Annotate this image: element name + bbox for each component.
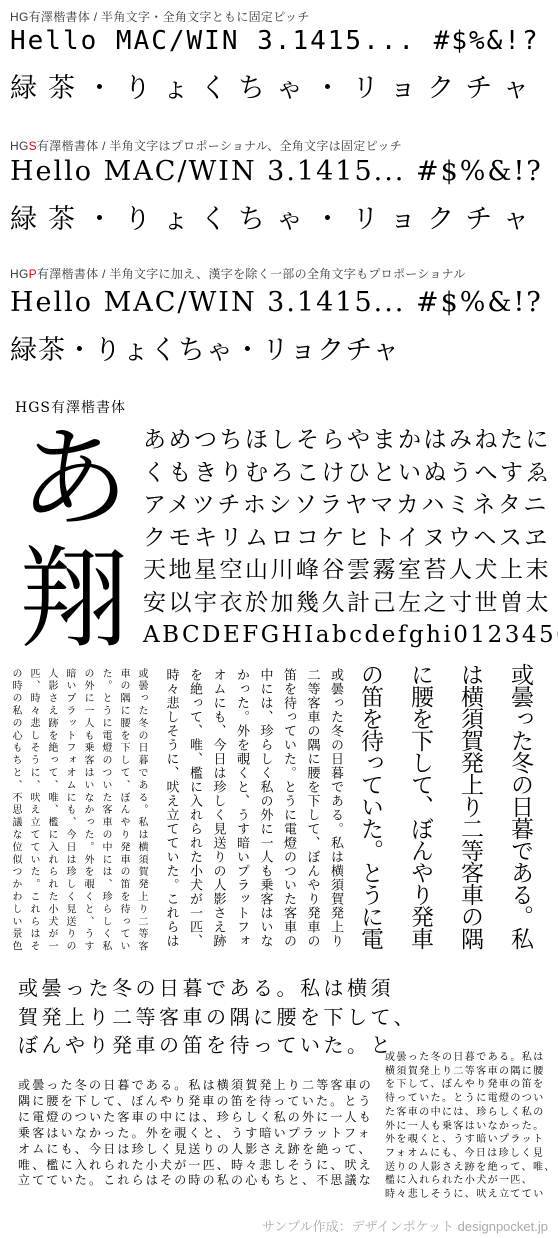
specimen-label: HGS有澤楷書体 — [15, 397, 126, 417]
vertical-text-column: に腰を下して、ぼんやり発車 — [395, 663, 445, 958]
pitch-description: 半角文字・全角文字ともに固定ピッチ — [101, 10, 310, 24]
vertical-text-column: 或曇った冬の日暮である。私 — [495, 663, 545, 958]
vertical-text-column: 匹、時々悲しそうに、吠え立てていた。これらはそ — [24, 668, 42, 960]
specimen-line: あめつちほしそらやまかはみねたに — [143, 424, 558, 457]
red-letter: S — [29, 139, 37, 153]
footer-credit: サンプル作成：デザインポケット designpocket.jp — [262, 1216, 548, 1235]
horizontal-sample-small: 或曇った冬の日暮である。私は横須賀発上り二等客車の隅に腰を下して、ぼんやり発車の… — [18, 1078, 373, 1189]
text-line: 或曇った冬の日暮である。私は横須賀発上り二等客車の — [18, 1078, 373, 1094]
font-specimen-page: HG有澤楷書体 / 半角文字・全角文字ともに固定ピッチ Hello MAC/WI… — [0, 0, 558, 1238]
text-line: 賀発上り二等客車の隅に腰を下して、 — [18, 1003, 417, 1032]
vertical-text-column: を絶って、唯、檻に入れられた小犬が一匹、 — [183, 668, 207, 956]
font-family-prefix: HG — [10, 10, 29, 24]
kana-sample-hgp: 緑茶・りょくちゃ・リョクチャ — [10, 328, 400, 367]
font-row-header-hgs: HGS有澤楷書体 / 半角文字はプロポーショナル、全角文字は固定ピッチ — [10, 137, 402, 154]
header-separator: / — [90, 10, 101, 24]
red-letter: P — [29, 267, 37, 281]
text-line: を下して、ぼんやり発車の笛を — [385, 1078, 556, 1092]
specimen-line: くもきりむろこけひといぬうへすゑ — [143, 457, 558, 490]
vertical-text-column: の笛を待っていた。とうに電 — [345, 663, 395, 958]
specimen-line: アメツチホシソラヤマカハミネタニ — [143, 489, 558, 522]
kana-sample-hgs: 緑茶・りょくちゃ・リョクチャ — [10, 197, 540, 236]
font-family-suffix: 有澤楷書体 — [37, 139, 99, 153]
vertical-text-column: は横須賀発上り二等客車の隅 — [445, 663, 495, 958]
text-line: に電燈のついた客車の中には、珍らしく私の外に一人も — [18, 1110, 373, 1126]
vertical-text-column: 二等客車の隅に腰を下して、ぼんやり発車の — [300, 668, 324, 956]
text-line: 待っていた。とうに電燈のつい — [385, 1092, 556, 1106]
font-row-header-hg: HG有澤楷書体 / 半角文字・全角文字ともに固定ピッチ — [10, 8, 310, 25]
vertical-text-column: オムにも、今日は珍しく見送りの人影さえ跡 — [206, 668, 230, 956]
text-line: 横須賀発上り二等客車の隅に腰 — [385, 1065, 556, 1079]
pitch-description: 半角文字はプロポーショナル、全角文字は固定ピッチ — [109, 139, 402, 153]
text-line: 送りの人影さえ跡を絶って、唯、 — [385, 1161, 556, 1175]
text-line: 外を覗くと、うす暗いプラット — [385, 1133, 556, 1147]
vertical-text-column: 人影さえ跡を絶って、唯、檻に入れられた小犬が一 — [42, 668, 60, 960]
text-line: 隅に腰を下して、ぼんやり発車の笛を待っていた。とう — [18, 1094, 373, 1110]
font-family-suffix: 有澤楷書体 — [37, 267, 99, 281]
vertical-text-column: 笛を待っていた。とうに電燈のついた客車の — [277, 668, 301, 956]
vertical-text-column: 車の隅に腰を下して、ぼんやり発車の笛を待ってい — [114, 668, 132, 960]
text-line: 檻に入れられた小犬が一匹、 — [385, 1174, 556, 1188]
text-line: オムにも、今日は珍しく見送りの人影さえ跡を絶って、 — [18, 1142, 373, 1158]
header-separator: / — [98, 267, 109, 281]
latin-sample-hg: Hello MAC/WIN 3.1415... #$%&!? — [10, 26, 540, 56]
latin-sample-hgp: Hello MAC/WIN 3.1415... #$%&!? — [10, 287, 543, 318]
font-row-header-hgp: HGP有澤楷書体 / 半角文字に加え、漢字を除く一部の全角文字もプロポーショナル — [10, 265, 466, 282]
text-line: 唯、檻に入れられた小犬が一匹、時々悲しそうに、吠え — [18, 1158, 373, 1174]
text-line: 立てていた。これらはその時の私の心もちと、不思議な — [18, 1173, 373, 1189]
pitch-description: 半角文字に加え、漢字を除く一部の全角文字もプロポーショナル — [109, 267, 465, 281]
vertical-text-column: 時々悲しそうに、吠え立てていた。これらは — [159, 668, 183, 956]
vertical-text-column: かった。外を覗くと、うす暗いプラットフォ — [230, 668, 254, 956]
text-line: 或曇った冬の日暮である。私は — [385, 1051, 556, 1065]
text-line: 時々悲しそうに、吠え立ててい — [385, 1188, 556, 1202]
vertical-text-column: 或曇った冬の日暮である。私は横須賀発上り — [324, 668, 348, 956]
vertical-text-column: の外に一人も乗客はいなかった。外を覗くと、うす — [78, 668, 96, 960]
text-line: 乗客はいなかった。外を覗くと、うす暗いプラットフォ — [18, 1126, 373, 1142]
specimen-line: クモキリムロコケヒトイヌウヘスヱ — [143, 522, 558, 555]
specimen-line: 安以宇衣於加幾久計己左之寸世曽太 — [143, 587, 558, 620]
vertical-text-column: の時の私の心もちと、不思議な位似つかわしい景色 — [6, 668, 24, 960]
vertical-sample-large: 或曇った冬の日暮である。私は横須賀発上り二等客車の隅に腰を下して、ぼんやり発車の… — [345, 663, 545, 958]
display-char-a: あ — [12, 420, 136, 538]
header-separator: / — [98, 139, 109, 153]
vertical-text-column: 暗いプラットフォオムにも、今日は珍しく見送りの — [60, 668, 78, 960]
text-line: た客車の中には、珍らしく私の — [385, 1106, 556, 1120]
vertical-text-column: た。とうに電燈のついた客車の中には、珍らしく私 — [96, 668, 114, 960]
vertical-sample-small: 或曇った冬の日暮である。私は横須賀発上り二等客車の隅に腰を下して、ぼんやり発車の… — [6, 668, 150, 960]
vertical-text-column: 或曇った冬の日暮である。私は横須賀発上り二等客 — [132, 668, 150, 960]
text-line: フォオムにも、今日は珍しく見 — [385, 1147, 556, 1161]
kana-sample-hg: 緑茶・りょくちゃ・リョクチャ — [10, 66, 540, 105]
text-line: ぼんやり発車の笛を待っていた。と — [18, 1031, 417, 1060]
specimen-line: 天地星空山川峰谷雲霧室苔人犬上末 — [143, 554, 558, 587]
latin-sample-hgs: Hello MAC/WIN 3.1415... #$%&!? — [10, 156, 543, 187]
horizontal-sample-tiny: 或曇った冬の日暮である。私は横須賀発上り二等客車の隅に腰を下して、ぼんやり発車の… — [385, 1051, 556, 1202]
font-family-prefix: HG — [10, 267, 29, 281]
horizontal-sample-medium: 或曇った冬の日暮である。私は横須賀発上り二等客車の隅に腰を下して、ぼんやり発車の… — [18, 974, 417, 1060]
specimen-lines: あめつちほしそらやまかはみねたにくもきりむろこけひといぬうへすゑアメツチホシソラ… — [143, 424, 558, 652]
display-char-sho: 翔 — [6, 540, 142, 658]
font-family-prefix: HG — [10, 139, 29, 153]
specimen-line: ABCDEFGHIabcdefghi0123456789..!? — [143, 619, 558, 652]
text-line: 或曇った冬の日暮である。私は横須 — [18, 974, 417, 1003]
text-line: 外に一人も乗客はいなかった。 — [385, 1120, 556, 1134]
vertical-text-column: 中には、珍らしく私の外に一人も乗客はいな — [253, 668, 277, 956]
vertical-sample-medium: 或曇った冬の日暮である。私は横須賀発上り二等客車の隅に腰を下して、ぼんやり発車の… — [159, 668, 347, 956]
font-family-suffix: 有澤楷書体 — [29, 10, 91, 24]
